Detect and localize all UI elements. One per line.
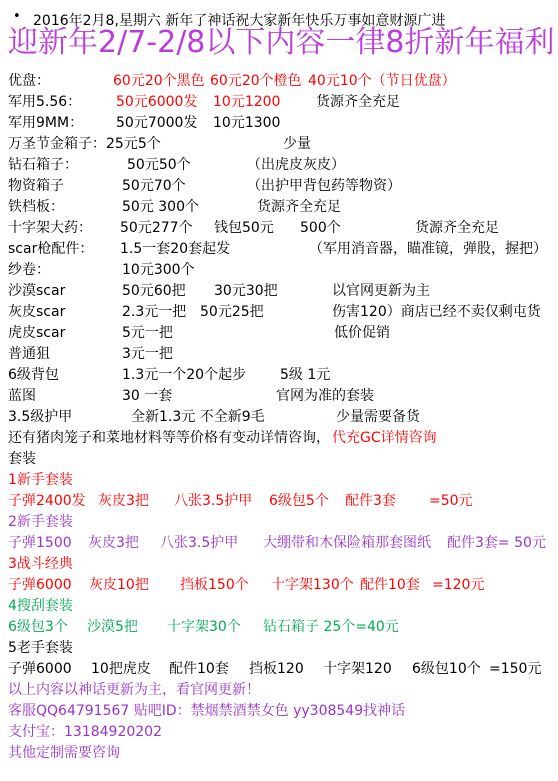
- text-segment: 大绷带和木保险箱那套图纸: [263, 533, 431, 554]
- text-segment: （军用消音器，瞄准镜，弹股，握把）: [309, 239, 547, 260]
- price-line: 其他定制需要咨询: [0, 743, 558, 764]
- price-line: 虎皮scar5元一把低价促销: [0, 323, 558, 344]
- price-line: 灰皮scar2.3元一把50元25把伤害120）商店已经不卖仅剩屯货: [0, 302, 558, 323]
- text-segment: 配件3套= 50元: [447, 533, 546, 554]
- text-segment: 配件10套: [169, 659, 229, 680]
- text-segment: 支付宝：13184920202: [8, 722, 162, 743]
- text-segment: （出虎皮灰皮）: [247, 155, 345, 176]
- text-segment: 10把虎皮: [91, 659, 151, 680]
- text-segment: 蓝图: [8, 386, 36, 407]
- text-segment: 1.3元一个20个起步: [122, 365, 246, 386]
- text-segment: 十字架130个: [271, 575, 354, 596]
- text-segment: 万圣节金箱子：25元5个: [8, 134, 161, 155]
- text-segment: 50元70个: [122, 176, 186, 197]
- text-segment: 伤害120）商店已经不卖仅剩屯货: [332, 302, 541, 323]
- price-line: 客服QQ64791567 贴吧ID：禁烟禁酒禁女色 yy308549找神话: [0, 701, 558, 722]
- price-line: 子弹600010把虎皮配件10套挡板120十字架1206级包10个=150元: [0, 659, 558, 680]
- text-segment: 2.3元一把: [122, 302, 186, 323]
- text-segment: 以官网更新为主: [332, 281, 430, 302]
- text-segment: 6级包10个: [412, 659, 481, 680]
- price-line: 5老手套装: [0, 638, 558, 659]
- price-line: 6级包3个沙漠5把十字架30个钻石箱子 25个=40元: [0, 617, 558, 638]
- price-line: 还有猪肉笼子和菜地材料等等价格有变动详情咨询，代充GC详情咨询: [0, 428, 558, 449]
- text-segment: 40元10个（节日优盘）: [308, 71, 456, 92]
- text-segment: 3战斗经典: [8, 554, 73, 575]
- text-segment: 10元1200: [213, 92, 280, 113]
- text-segment: 少量需要备货: [336, 407, 420, 428]
- text-segment: 优盘：: [8, 71, 50, 92]
- price-line: 普通狙3元一把: [0, 344, 558, 365]
- text-segment: 虎皮scar: [8, 323, 65, 344]
- price-line: 以上内容以神话更新为主，看官网更新！: [0, 680, 558, 701]
- text-segment: 军用5.56：: [8, 92, 81, 113]
- text-segment: 配件10套: [360, 575, 420, 596]
- price-line: 2新手套装: [0, 512, 558, 533]
- price-line: 铁档板：50元 300个货源齐全充足: [0, 197, 558, 218]
- text-segment: 官网为准的套装: [276, 386, 374, 407]
- text-segment: 物资箱子: [8, 176, 64, 197]
- text-segment: 2新手套装: [8, 512, 73, 533]
- text-segment: 沙漠5把: [87, 617, 138, 638]
- text-segment: 子弹6000: [8, 659, 72, 680]
- text-segment: 3.5级护甲: [8, 407, 72, 428]
- text-segment: =50元: [429, 491, 473, 512]
- price-lines: 优盘：60元20个黑色60元20个橙色40元10个（节日优盘）军用5.56：50…: [0, 0, 558, 781]
- text-segment: 纱卷：: [8, 260, 50, 281]
- text-segment: 50元50个: [127, 155, 191, 176]
- text-segment: 5元一把: [122, 323, 173, 344]
- text-segment: 八张3.5护甲: [160, 533, 238, 554]
- text-segment: 50元6000发: [116, 92, 197, 113]
- text-segment: 以上内容以神话更新为主，看官网更新！: [8, 680, 260, 701]
- text-segment: （出护甲背包药等物资）: [247, 176, 401, 197]
- text-segment: 10元1300: [213, 113, 280, 134]
- text-segment: =120元: [432, 575, 484, 596]
- text-segment: 6级包3个: [8, 617, 68, 638]
- text-segment: 低价促销: [334, 323, 390, 344]
- text-segment: scar枪配件：: [8, 239, 93, 260]
- price-line: 军用5.56：50元6000发10元1200货源齐全充足: [0, 92, 558, 113]
- price-line: 蓝图30 一套官网为准的套装: [0, 386, 558, 407]
- text-segment: 十字架120: [323, 659, 392, 680]
- price-line: 1新手套装: [0, 470, 558, 491]
- price-line: 子弹6000灰皮10把挡板150个十字架130个配件10套=120元: [0, 575, 558, 596]
- text-segment: 4搜刮套装: [8, 596, 73, 617]
- text-segment: 50元25把: [200, 302, 264, 323]
- text-segment: 50元7000发: [116, 113, 197, 134]
- text-segment: 十字架30个: [167, 617, 241, 638]
- text-segment: 子弹2400发: [8, 491, 86, 512]
- text-segment: 10元300个: [122, 260, 195, 281]
- text-segment: 30元30把: [214, 281, 278, 302]
- text-segment: 500个: [300, 218, 341, 239]
- price-line: 6级背包1.3元一个20个起步5级 1元: [0, 365, 558, 386]
- text-segment: 子弹1500: [8, 533, 72, 554]
- text-segment: 5老手套装: [8, 638, 73, 659]
- text-segment: 货源齐全充足: [257, 197, 341, 218]
- text-segment: 60元20个黑色: [113, 71, 205, 92]
- text-segment: 八张3.5护甲: [174, 491, 252, 512]
- price-line: 钻石箱子：50元50个（出虎皮灰皮）: [0, 155, 558, 176]
- text-segment: 货源齐全充足: [316, 92, 400, 113]
- price-line: 优盘：60元20个黑色60元20个橙色40元10个（节日优盘）: [0, 71, 558, 92]
- text-segment: 50元 300个: [122, 197, 199, 218]
- price-line: 套装: [0, 449, 558, 470]
- price-line: scar枪配件：1.5一套20套起发（军用消音器，瞄准镜，弹股，握把）: [0, 239, 558, 260]
- price-line: 子弹2400发灰皮3把八张3.5护甲6级包5个配件3套=50元: [0, 491, 558, 512]
- text-segment: 60元20个橙色: [210, 71, 302, 92]
- price-line: 沙漠scar50元60把30元30把以官网更新为主: [0, 281, 558, 302]
- price-line: 军用9MM：50元7000发10元1300: [0, 113, 558, 134]
- price-line: 十字架大药：50元277个钱包50元500个货源齐全充足: [0, 218, 558, 239]
- price-line: 支付宝：13184920202: [0, 722, 558, 743]
- text-segment: =150元: [489, 659, 541, 680]
- text-segment: 其他定制需要咨询: [8, 743, 120, 764]
- text-segment: 灰皮scar: [8, 302, 65, 323]
- price-line: 3战斗经典: [0, 554, 558, 575]
- text-segment: 6级包5个: [269, 491, 329, 512]
- price-line: 3.5级护甲全新1.3元 不全新9毛少量需要备货: [0, 407, 558, 428]
- text-segment: 灰皮3把: [98, 491, 149, 512]
- text-segment: 铁档板：: [8, 197, 64, 218]
- text-segment: 普通狙: [8, 344, 50, 365]
- text-segment: 钻石箱子 25个=40元: [263, 617, 399, 638]
- text-segment: 50元60把: [122, 281, 186, 302]
- text-segment: 还有猪肉笼子和菜地材料等等价格有变动详情咨询，: [8, 428, 330, 449]
- text-segment: 套装: [8, 449, 36, 470]
- text-segment: 少量: [283, 134, 311, 155]
- text-segment: 1新手套装: [8, 470, 73, 491]
- text-segment: 钱包50元: [214, 218, 274, 239]
- text-segment: 50元277个: [120, 218, 193, 239]
- text-segment: 沙漠scar: [8, 281, 65, 302]
- price-line: 万圣节金箱子：25元5个少量: [0, 134, 558, 155]
- price-line: 纱卷：10元300个: [0, 260, 558, 281]
- text-segment: 3元一把: [122, 344, 173, 365]
- text-segment: 客服QQ64791567 贴吧ID：禁烟禁酒禁女色 yy308549找神话: [8, 701, 405, 722]
- price-line: 4搜刮套装: [0, 596, 558, 617]
- text-segment: 钻石箱子：: [8, 155, 78, 176]
- text-segment: 十字架大药：: [8, 218, 92, 239]
- text-segment: 全新1.3元 不全新9毛: [131, 407, 265, 428]
- text-segment: 1.5一套20套起发: [120, 239, 230, 260]
- text-segment: 灰皮10把: [89, 575, 149, 596]
- text-segment: 子弹6000: [8, 575, 72, 596]
- price-line: 物资箱子50元70个（出护甲背包药等物资）: [0, 176, 558, 197]
- text-segment: 6级背包: [8, 365, 59, 386]
- text-segment: 5级 1元: [280, 365, 330, 386]
- text-segment: 货源齐全充足: [415, 218, 499, 239]
- price-line: 子弹1500灰皮3把八张3.5护甲大绷带和木保险箱那套图纸配件3套= 50元: [0, 533, 558, 554]
- text-segment: 代充GC详情咨询: [332, 428, 437, 449]
- text-segment: 配件3套: [345, 491, 396, 512]
- text-segment: 挡板150个: [180, 575, 249, 596]
- text-segment: 军用9MM：: [8, 113, 83, 134]
- text-segment: 灰皮3把: [88, 533, 139, 554]
- text-segment: 30 一套: [122, 386, 172, 407]
- text-segment: 挡板120: [249, 659, 304, 680]
- price-list-page: • 2016年2月8,星期六 新年了神话祝大家新年快乐万事如意财源广进 迎新年2…: [0, 0, 558, 781]
